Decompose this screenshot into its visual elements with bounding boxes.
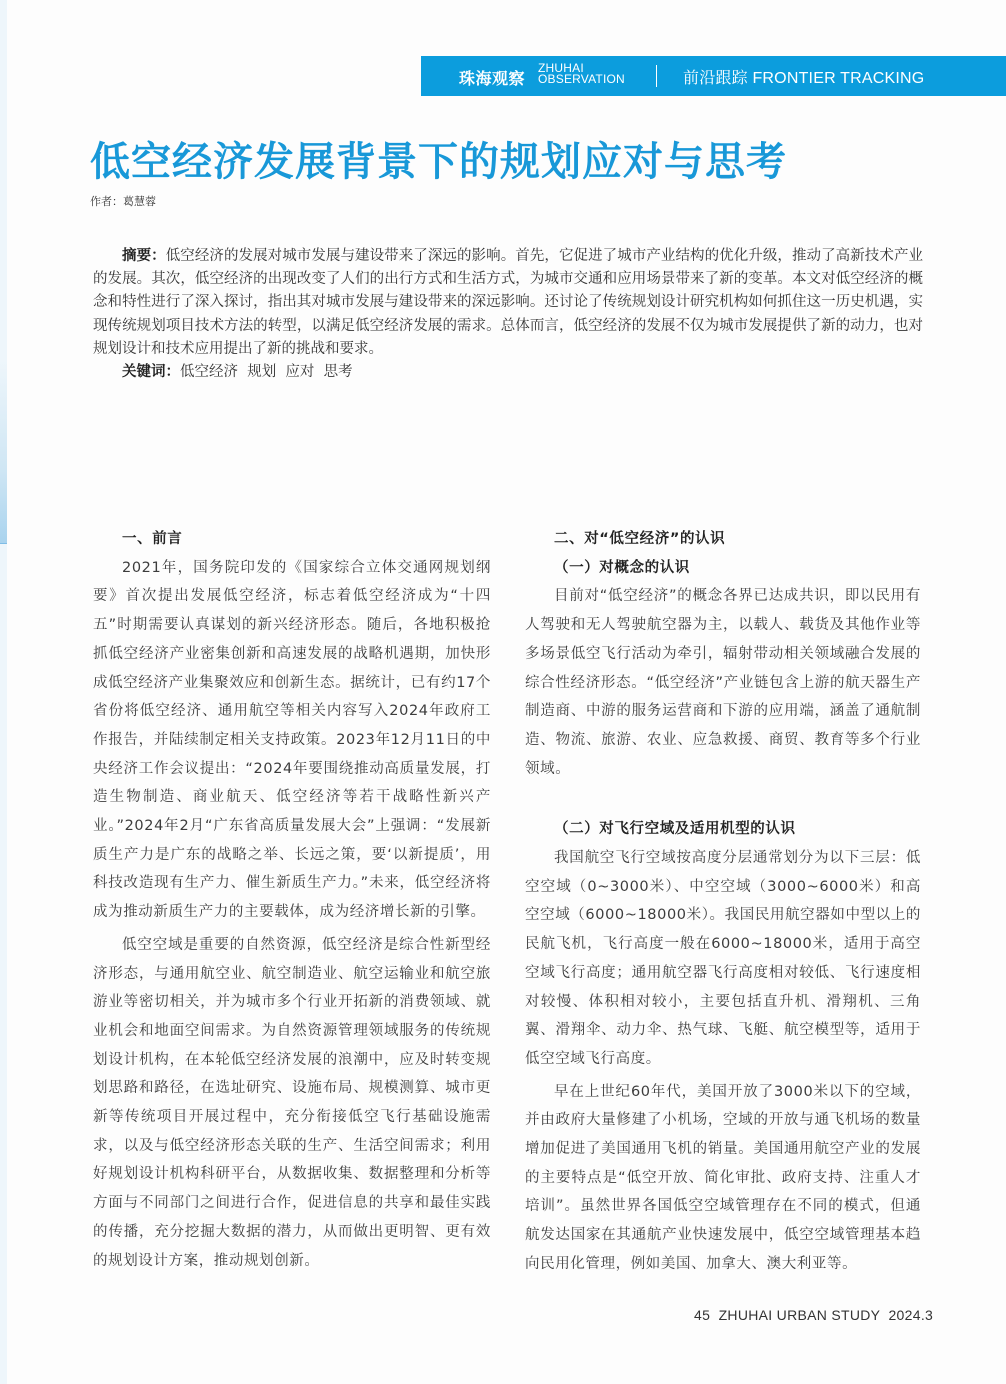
left-margin-strip [0, 0, 7, 1384]
keywords-text: 低空经济 规划 应对 思考 [180, 364, 353, 380]
abstract-label: 摘要： [122, 248, 166, 264]
section-heading-1: 一、前言 [93, 525, 491, 554]
column-name-cn: 珠海观察 [459, 66, 525, 89]
journal-name: ZHUHAI URBAN STUDY [719, 1307, 881, 1323]
page-number: 45 [694, 1307, 710, 1323]
section-name: 前沿跟踪 FRONTIER TRACKING [683, 65, 924, 88]
body-paragraph: 2021年，国务院印发的《国家综合立体交通网规划纲要》首次提出发展低空经济，标志… [93, 554, 491, 927]
keywords-line: 关键词：低空经济 规划 应对 思考 [93, 361, 923, 384]
column-header-band: 珠海观察 ZHUHAI OBSERVATION 前沿跟踪 FRONTIER TR… [421, 56, 1006, 96]
subsection-heading-2-2: （二）对飞行空域及适用机型的认识 [525, 815, 921, 844]
abstract-block: 摘要：低空经济的发展对城市发展与建设带来了深远的影响。首先，它促进了城市产业结构… [93, 245, 923, 384]
body-paragraph: 低空空域是重要的自然资源，低空经济是综合性新型经济形态，与通用航空业、航空制造业… [93, 931, 491, 1275]
body-paragraph: 早在上世纪60年代，美国开放了3000米以下的空域，并由政府大量修建了小机场，空… [525, 1078, 921, 1279]
header-divider [656, 65, 657, 87]
body-column-right: 二、对“低空经济”的认识 （一）对概念的认识 目前对“低空经济”的概念各界已达成… [525, 525, 921, 1283]
author-line: 作者：葛慧蓉 [90, 193, 156, 209]
keywords-label: 关键词： [122, 364, 180, 380]
abstract-text: 低空经济的发展对城市发展与建设带来了深远的影响。首先，它促进了城市产业结构的优化… [93, 248, 923, 357]
page-footer: 45 ZHUHAI URBAN STUDY 2024.3 [694, 1307, 933, 1323]
issue-number: 2024.3 [888, 1307, 933, 1323]
left-margin-accent [0, 360, 7, 544]
body-column-left: 一、前言 2021年，国务院印发的《国家综合立体交通网规划纲要》首次提出发展低空… [93, 525, 491, 1279]
paragraph-spacer [525, 787, 921, 815]
body-paragraph: 目前对“低空经济”的概念各界已达成共识，即以民用有人驾驶和无人驾驶航空器为主，以… [525, 582, 921, 783]
author-name: 葛慧蓉 [123, 195, 156, 208]
subsection-heading-2-1: （一）对概念的认识 [525, 554, 921, 583]
abstract-paragraph: 摘要：低空经济的发展对城市发展与建设带来了深远的影响。首先，它促进了城市产业结构… [93, 245, 923, 361]
column-name-en-line2: OBSERVATION [538, 72, 625, 86]
article-title: 低空经济发展背景下的规划应对与思考 [90, 130, 787, 187]
section-heading-2: 二、对“低空经济”的认识 [525, 525, 921, 554]
author-label: 作者： [90, 195, 123, 208]
column-name-en: ZHUHAI OBSERVATION [538, 63, 625, 85]
body-paragraph: 我国航空飞行空域按高度分层通常划分为以下三层：低空空域（0~3000米）、中空空… [525, 844, 921, 1074]
